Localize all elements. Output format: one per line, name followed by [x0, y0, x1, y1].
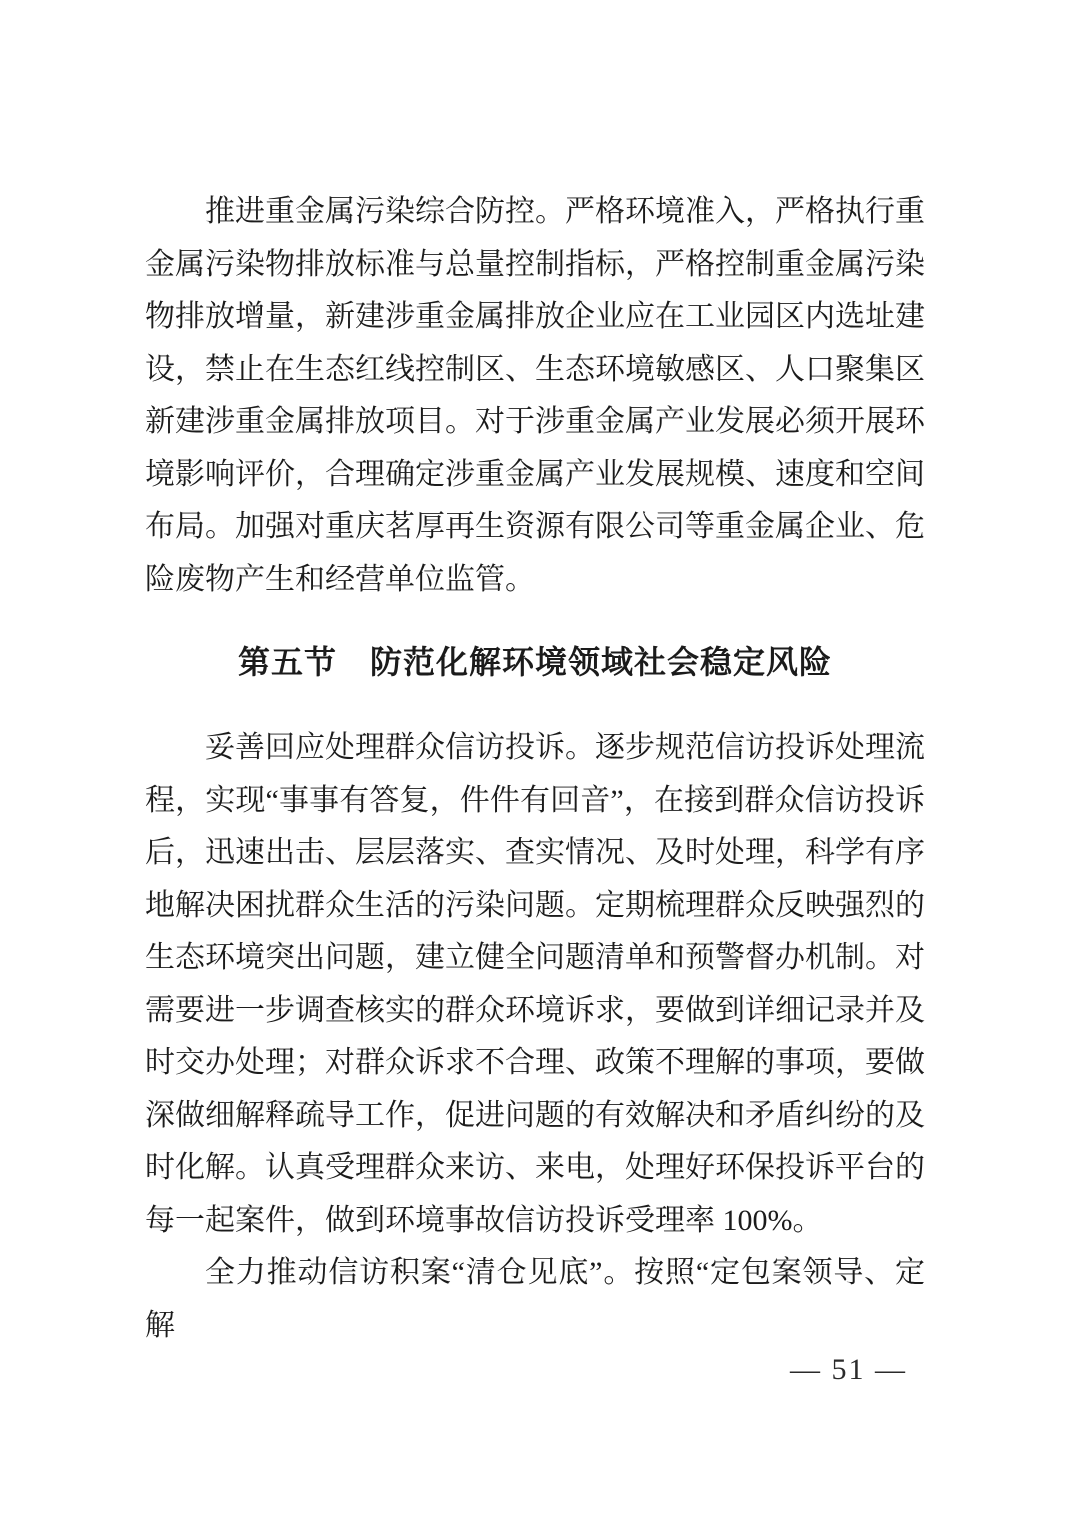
section-heading: 第五节 防范化解环境领域社会稳定风险	[145, 636, 925, 688]
document-body: 推进重金属污染综合防控。严格环境准入，严格执行重金属污染物排放标准与总量控制指标…	[145, 186, 925, 1352]
paragraph-petition-backlog-clearance: 全力推动信访积案“清仓见底”。按照“定包案领导、定解	[145, 1247, 925, 1352]
page-number: — 51 —	[790, 1348, 907, 1392]
paragraph-heavy-metal-pollution-control: 推进重金属污染综合防控。严格环境准入，严格执行重金属污染物排放标准与总量控制指标…	[145, 186, 925, 606]
paragraph-petition-complaint-handling: 妥善回应处理群众信访投诉。逐步规范信访投诉处理流程，实现“事事有答复，件件有回音…	[145, 722, 925, 1247]
document-page: 推进重金属污染综合防控。严格环境准入，严格执行重金属污染物排放标准与总量控制指标…	[0, 0, 1074, 1520]
